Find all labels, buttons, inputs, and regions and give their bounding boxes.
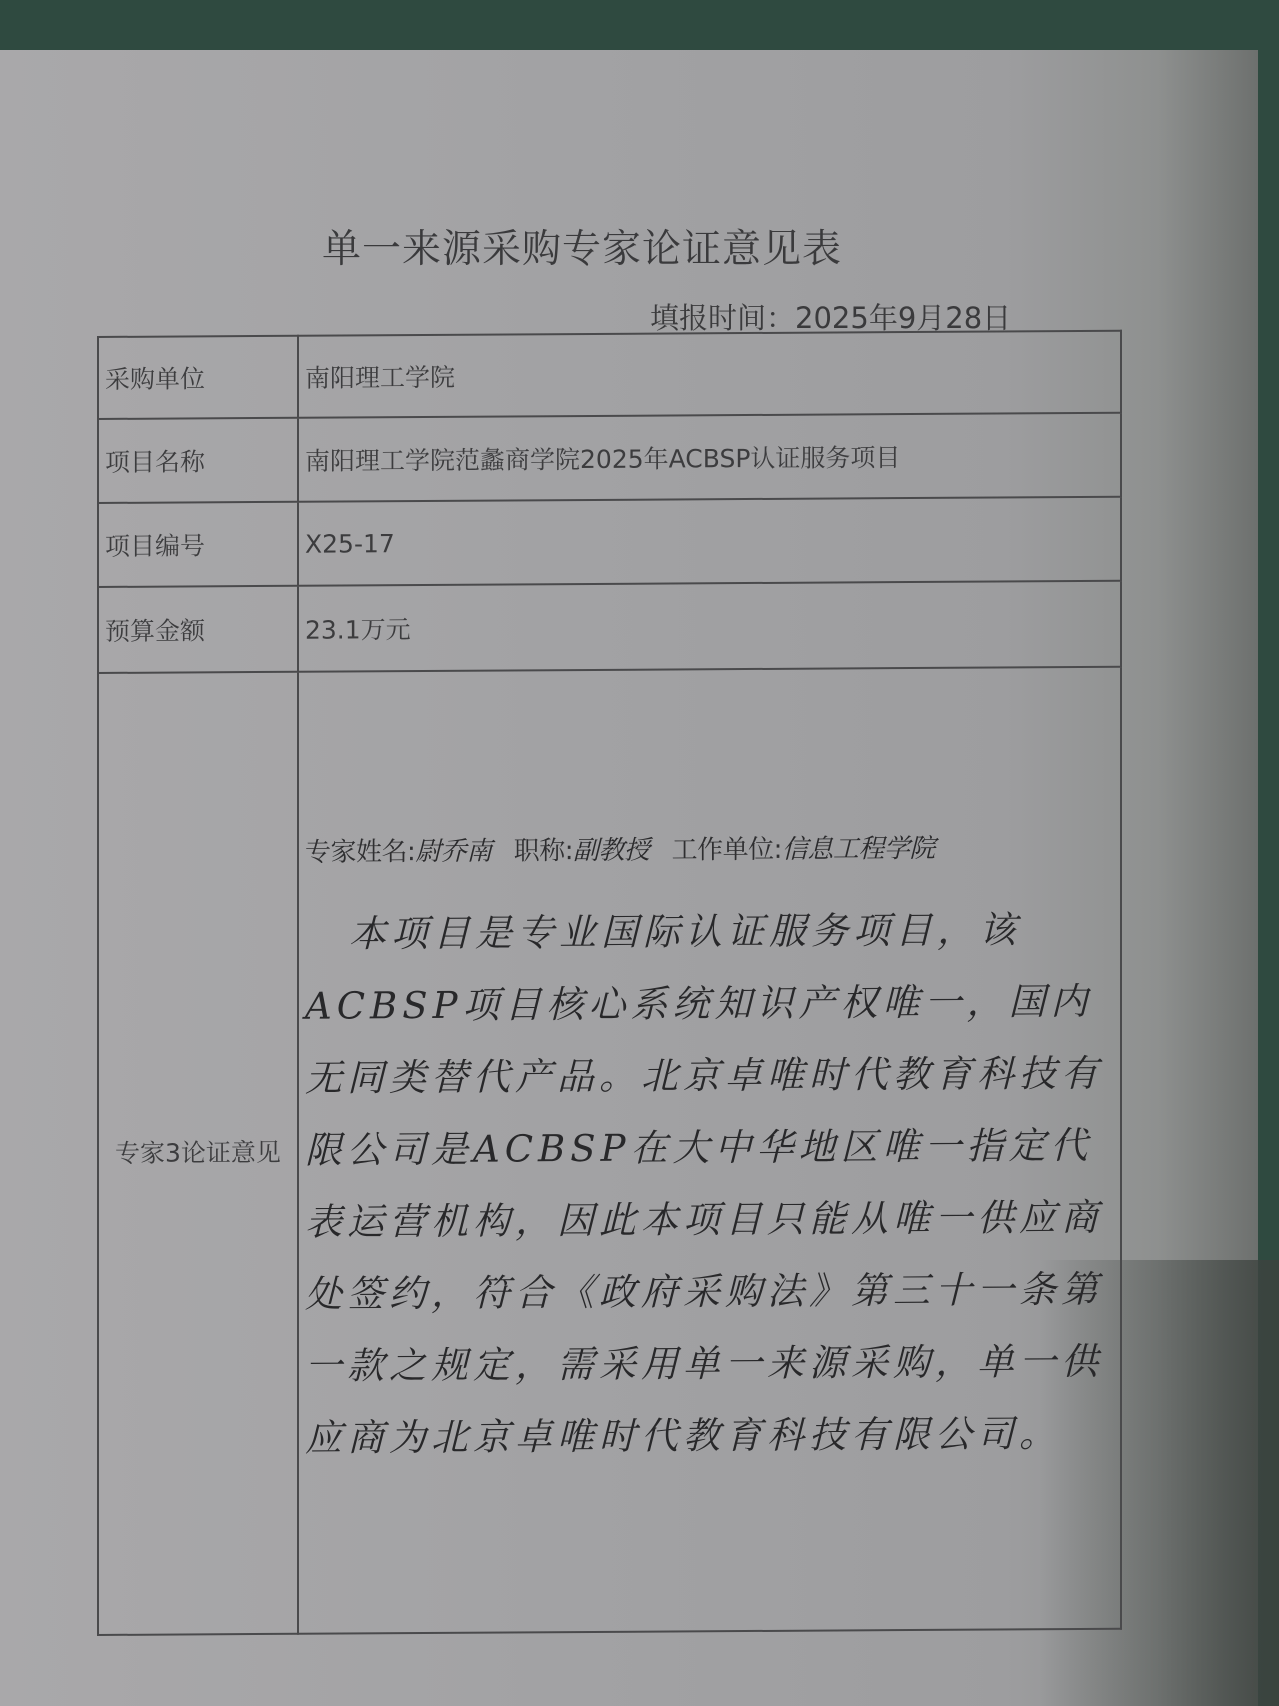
row-label: 项目编号 bbox=[98, 502, 298, 587]
opinion-label: 专家3论证意见 bbox=[98, 672, 298, 1635]
table-row-opinion: 专家3论证意见 专家姓名:尉乔南职称:副教授工作单位:信息工程学院 本项目是专业… bbox=[98, 667, 1121, 1635]
row-value: 南阳理工学院范蠡商学院2025年ACBSP认证服务项目 bbox=[298, 413, 1121, 502]
table-row: 预算金额 23.1万元 bbox=[98, 581, 1121, 673]
handwritten-opinion: 本项目是专业国际认证服务项目，该ACBSP项目核心系统知识产权唯一，国内无同类替… bbox=[305, 893, 1114, 1474]
expert-title: 副教授 bbox=[573, 835, 650, 865]
row-label: 预算金额 bbox=[98, 586, 298, 673]
opinion-form-table: 采购单位 南阳理工学院 项目名称 南阳理工学院范蠡商学院2025年ACBSP认证… bbox=[97, 330, 1122, 1636]
opinion-cell: 专家姓名:尉乔南职称:副教授工作单位:信息工程学院 本项目是专业国际认证服务项目… bbox=[298, 667, 1121, 1634]
expert-info-line: 专家姓名:尉乔南职称:副教授工作单位:信息工程学院 bbox=[305, 826, 1114, 868]
row-label: 采购单位 bbox=[98, 336, 298, 419]
work-unit-label: 工作单位: bbox=[672, 834, 782, 865]
page-title: 单一来源采购专家论证意见表 bbox=[322, 218, 842, 274]
expert-title-label: 职称: bbox=[514, 836, 573, 866]
row-value: X25-17 bbox=[298, 497, 1121, 586]
expert-name-label: 专家姓名: bbox=[305, 837, 415, 868]
table-row: 项目编号 X25-17 bbox=[98, 497, 1121, 587]
table-row: 采购单位 南阳理工学院 bbox=[98, 331, 1121, 419]
expert-name: 尉乔南 bbox=[415, 836, 492, 866]
table-row: 项目名称 南阳理工学院范蠡商学院2025年ACBSP认证服务项目 bbox=[98, 413, 1121, 503]
work-unit: 信息工程学院 bbox=[782, 833, 935, 864]
fill-date-label: 填报时间： bbox=[650, 301, 795, 335]
row-value: 23.1万元 bbox=[298, 581, 1121, 672]
row-label: 项目名称 bbox=[98, 418, 298, 503]
row-value: 南阳理工学院 bbox=[298, 331, 1121, 418]
